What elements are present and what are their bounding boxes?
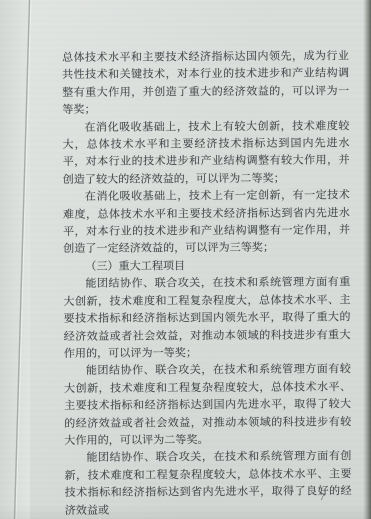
left-page-margin-shade [0,0,30,519]
paragraph: 能团结协作、联合攻关，在技术和系统管理方面有重大创新，技术难度和工程复杂程度大，… [63,275,351,364]
section-heading: （三）重大工程项目 [63,257,350,276]
scan-right-edge-shadow [363,0,371,519]
scanned-document-page: 总体技术水平和主要技术经济指标达国内领先，成为行业共性技术和关键技术，对本行业的… [0,0,371,519]
paragraph-continuation: 总体技术水平和主要技术经济指标达国内领先，成为行业共性技术和关键技术，对本行业的… [62,48,349,119]
paragraph: 在消化吸收基础上，技术上有一定创新，有一定技术难度，总体技术水平和主要技术经济指… [63,187,350,258]
document-text-block: 总体技术水平和主要技术经济指标达国内领先，成为行业共性技术和关键技术，对本行业的… [62,48,352,519]
page-number: 7 [320,492,325,502]
scan-bottom-shade [0,505,371,519]
paragraph: 能团结协作、联合攻关，在技术和系统管理方面有较大创新，技术难度和工程复杂程度较大… [64,362,352,451]
paragraph: 在消化吸收基础上，技术上有较大创新，技术难度较大，总体技术水平和主要经济技术指标… [62,118,349,189]
